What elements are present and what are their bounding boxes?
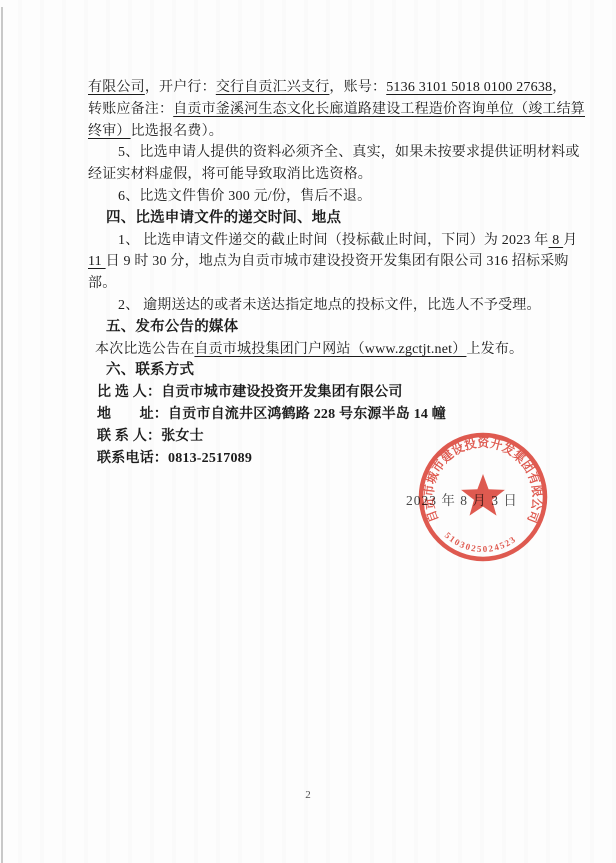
text-segment: 联 系 人：张女士 — [97, 429, 204, 444]
text-segment: 比 选 人：自贡市城市建设投资开发集团有限公司 — [97, 385, 403, 400]
underlined-text: 5136 3101 5018 0100 27638 — [386, 80, 552, 95]
document-body: 有限公司，开户行：交行自贡汇兴支行，账号：5136 3101 5018 0100… — [88, 77, 546, 469]
text-segment: ，开户行： — [145, 80, 216, 95]
text-segment: 比选报名费）。 — [131, 124, 223, 139]
underlined-text: 自贡市釜溪河生态文化长廊道路建设工程造价咨询单位（竣工结算 — [173, 102, 585, 117]
company-seal-stamp: 自贡市城市建设投资开发集团有限公司 5103025024523 — [413, 427, 553, 567]
doc-line: 5、比选申请人提供的资料必须齐全、真实，如果未按要求提供证明材料或 — [88, 142, 546, 164]
doc-line: 比 选 人：自贡市城市建设投资开发集团有限公司 — [88, 382, 546, 404]
text-segment: 月 — [563, 233, 577, 248]
doc-line: 四、比选申请文件的递交时间、地点 — [88, 208, 546, 230]
text-segment: 经证实材料虚假，将可能导致取消比选资格。 — [88, 167, 372, 182]
text-segment: 1、 比选申请文件递交的截止时间（投标截止时间，下同）为 2023 年 — [118, 233, 549, 248]
doc-line: 6、比选文件售价 300 元/份，售后不退。 — [88, 186, 546, 208]
doc-line: 1、 比选申请文件递交的截止时间（投标截止时间，下同）为 2023 年 8 月 — [88, 230, 546, 252]
underlined-text: 终审） — [88, 124, 131, 139]
doc-line: 经证实材料虚假，将可能导致取消比选资格。 — [88, 164, 546, 186]
doc-line: 五、发布公告的媒体 — [88, 317, 546, 339]
underlined-text: 有限公司 — [88, 80, 145, 95]
text-segment: 转账应备注： — [88, 102, 173, 117]
underlined-text: 11 — [88, 254, 106, 269]
text-segment: 联系电话：0813-2517089 — [97, 451, 252, 466]
doc-line: 部。 — [88, 273, 546, 295]
text-segment: 6、比选文件售价 300 元/份，售后不退。 — [118, 189, 371, 204]
text-segment: 2、 逾期送达的或者未送达指定地点的投标文件，比选人不予受理。 — [118, 298, 541, 313]
text-segment: 六、联系方式 — [106, 362, 194, 378]
text-segment: 部。 — [88, 276, 116, 291]
text-segment: 上发布。 — [466, 342, 523, 357]
text-segment: 本次比选公告在 — [95, 342, 194, 357]
text-segment: ，账号： — [329, 80, 386, 95]
text-segment: 五、发布公告的媒体 — [106, 319, 238, 335]
text-segment: 5、比选申请人提供的资料必须齐全、真实，如果未按要求提供证明材料或 — [118, 145, 580, 160]
page-number: 2 — [0, 789, 616, 801]
doc-line: 本次比选公告在自贡市城投集团门户网站（www.zgctjt.net）上发布。 — [88, 339, 546, 361]
doc-line: 终审）比选报名费）。 — [88, 121, 546, 143]
doc-line: 六、联系方式 — [88, 360, 546, 382]
text-segment: 四、比选申请文件的递交时间、地点 — [106, 210, 341, 226]
text-segment: ， — [552, 80, 566, 95]
text-segment: 地 址：自贡市自流井区鸿鹤路 228 号东源半岛 14 幢 — [97, 407, 446, 422]
underlined-text: 交行自贡汇兴支行 — [216, 80, 330, 95]
scan-edge-line — [1, 7, 3, 863]
doc-line: 转账应备注：自贡市釜溪河生态文化长廊道路建设工程造价咨询单位（竣工结算 — [88, 99, 546, 121]
text-segment: 日 9 时 30 分，地点为自贡市城市建设投资开发集团有限公司 316 招标采购 — [106, 254, 569, 269]
doc-line: 地 址：自贡市自流井区鸿鹤路 228 号东源半岛 14 幢 — [88, 404, 546, 426]
doc-line: 11 日 9 时 30 分，地点为自贡市城市建设投资开发集团有限公司 316 招… — [88, 251, 546, 273]
doc-line: 2、 逾期送达的或者未送达指定地点的投标文件，比选人不予受理。 — [88, 295, 546, 317]
seal-star-icon — [461, 474, 505, 516]
underlined-text: 8 — [549, 233, 564, 248]
doc-line: 有限公司，开户行：交行自贡汇兴支行，账号：5136 3101 5018 0100… — [88, 77, 546, 99]
underlined-text: 自贡市城投集团门户网站（www.zgctjt.net） — [194, 342, 466, 357]
